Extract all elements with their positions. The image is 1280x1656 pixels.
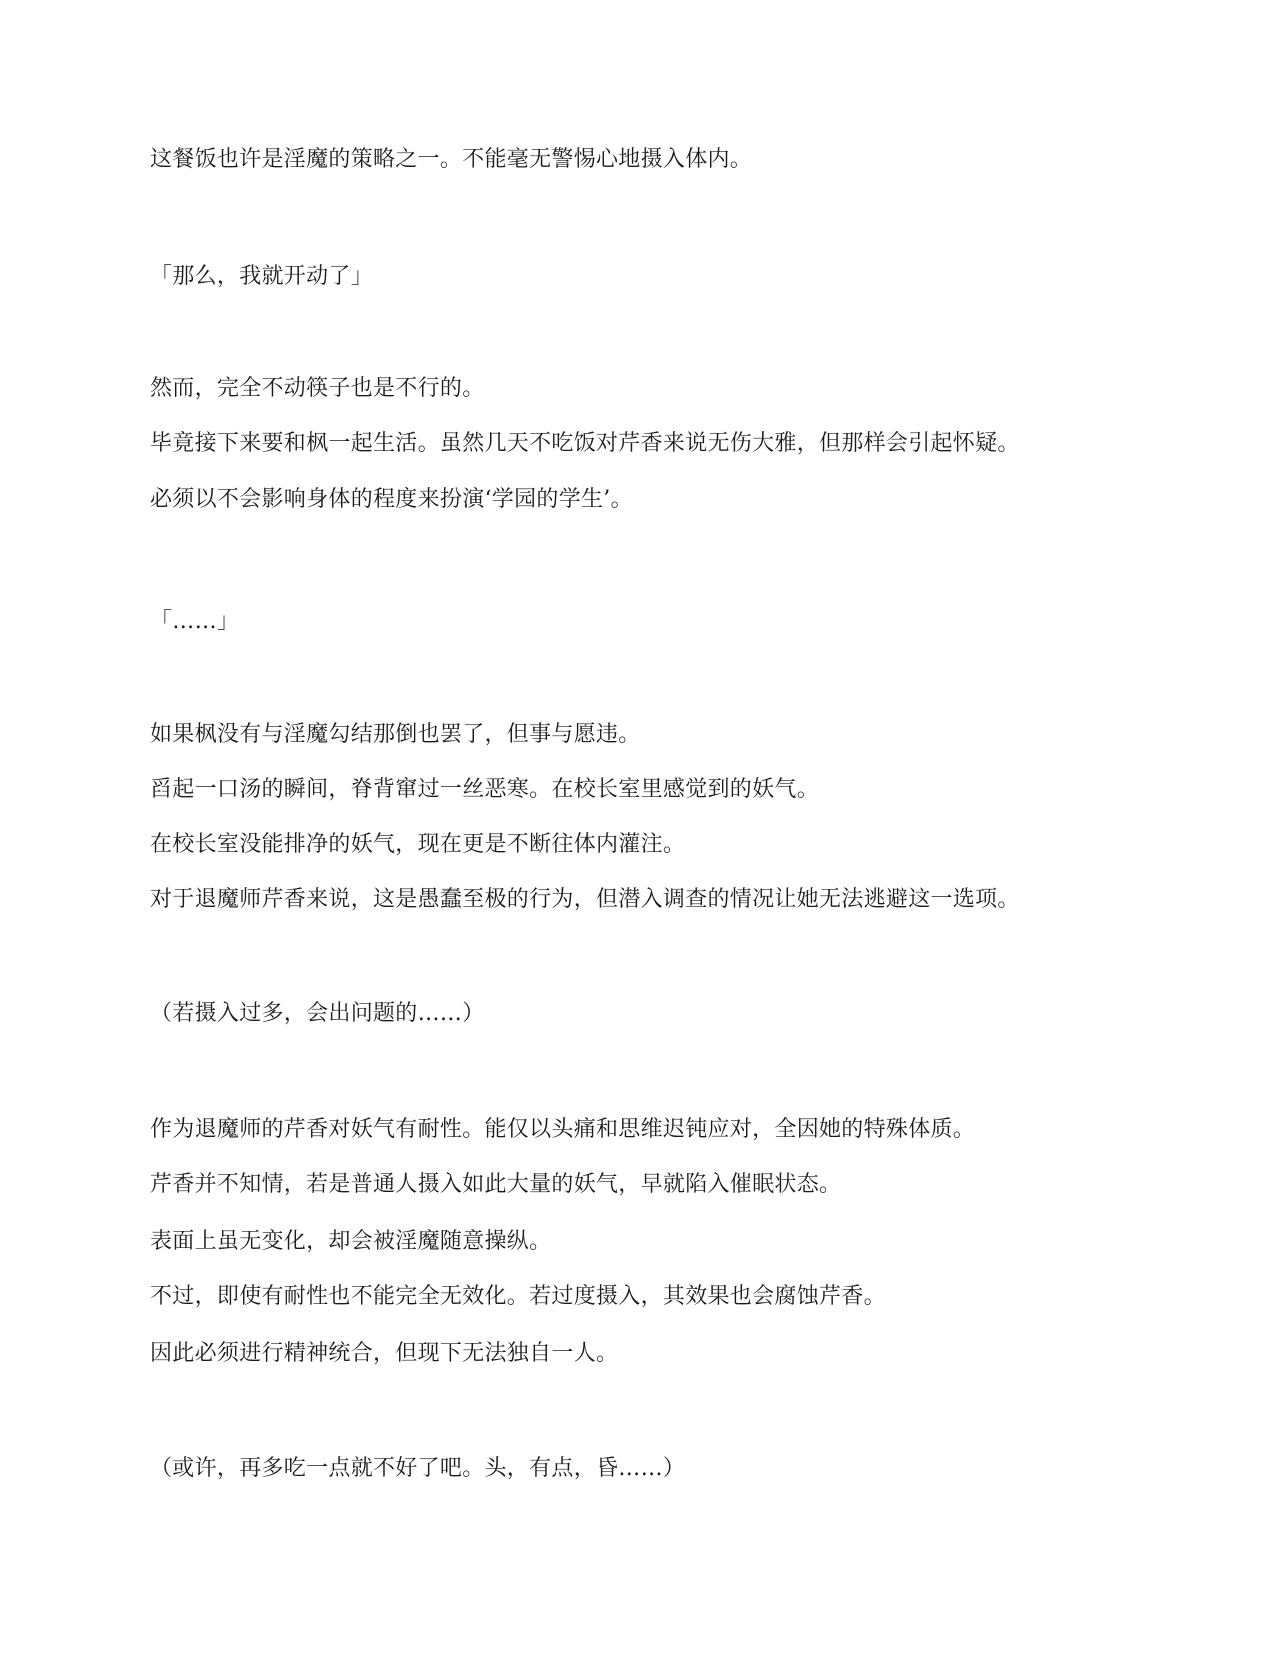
paragraph-inner-thought: （若摄入过多，会出问题的……）	[150, 999, 485, 1029]
paragraph-narration: 必须以不会影响身体的程度来扮演‘学园的学生’。	[150, 485, 633, 515]
paragraph-narration: 舀起一口汤的瞬间，脊背窜过一丝恶寒。在校长室里感觉到的妖气。	[150, 775, 819, 805]
paragraph-dialogue: 「那么，我就开动了」	[150, 262, 373, 292]
paragraph-inner-thought: （或许，再多吃一点就不好了吧。头，有点，昏……）	[150, 1454, 685, 1484]
paragraph-narration: 这餐饭也许是淫魔的策略之一。不能毫无警惕心地摄入体内。	[150, 145, 752, 175]
paragraph-narration: 毕竟接下来要和枫一起生活。虽然几天不吃饭对芹香来说无伤大雅，但那样会引起怀疑。	[150, 429, 1020, 459]
paragraph-narration: 在校长室没能排净的妖气，现在更是不断往体内灌注。	[150, 830, 685, 860]
paragraph-narration: 如果枫没有与淫魔勾结那倒也罢了，但事与愿违。	[150, 720, 641, 750]
paragraph-narration: 因此必须进行精神统合，但现下无法独自一人。	[150, 1339, 618, 1369]
paragraph-dialogue: 「……」	[150, 607, 239, 637]
paragraph-narration: 芹香并不知情，若是普通人摄入如此大量的妖气，早就陷入催眠状态。	[150, 1170, 841, 1200]
paragraph-narration: 作为退魔师的芹香对妖气有耐性。能仅以头痛和思维迟钝应对，全因她的特殊体质。	[150, 1115, 975, 1145]
paragraph-narration: 对于退魔师芹香来说，这是愚蠢至极的行为，但潜入调查的情况让她无法逃避这一选项。	[150, 885, 1020, 915]
paragraph-narration: 然而，完全不动筷子也是不行的。	[150, 374, 485, 404]
document-page: 这餐饭也许是淫魔的策略之一。不能毫无警惕心地摄入体内。 「那么，我就开动了」 然…	[0, 0, 1280, 1656]
paragraph-narration: 不过，即使有耐性也不能完全无效化。若过度摄入，其效果也会腐蚀芹香。	[150, 1282, 886, 1312]
paragraph-narration: 表面上虽无变化，却会被淫魔随意操纵。	[150, 1227, 551, 1257]
